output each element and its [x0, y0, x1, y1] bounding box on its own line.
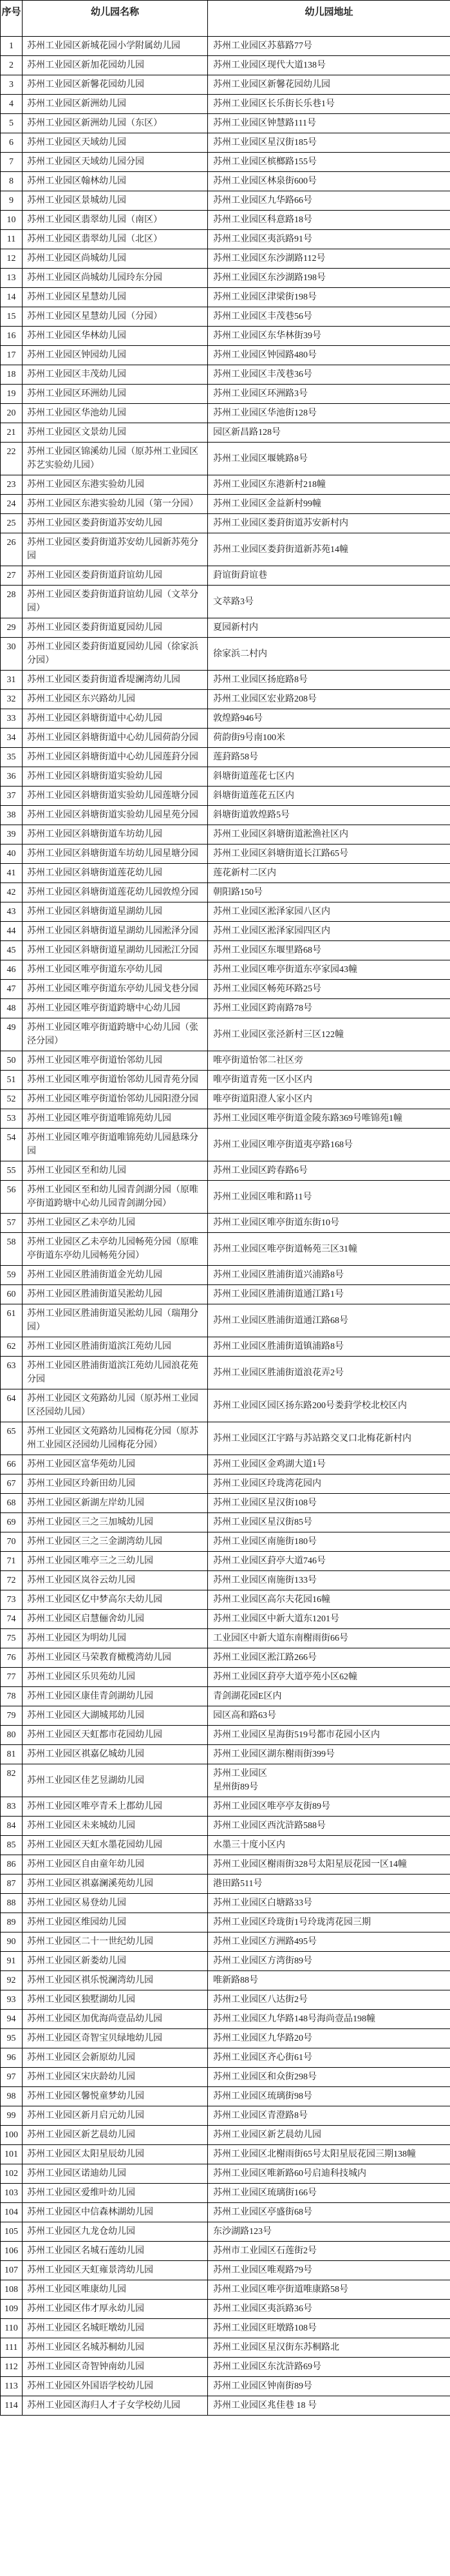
kindergarten-name-cell: 苏州工业园区外国语学校幼儿园 [23, 2377, 208, 2396]
kindergarten-address-cell: 苏州工业园区唯亭街道金陵东路369号唯锦苑1幢 [208, 1109, 450, 1129]
table-row: 28苏州工业园区娄葑街道葑谊幼儿园（文萃分园）文萃路3号 [1, 586, 450, 618]
row-number-cell: 20 [1, 404, 23, 423]
row-number-cell: 88 [1, 1894, 23, 1913]
table-row: 34苏州工业园区斜塘街道中心幼儿园荷韵分园荷韵街9号南100米 [1, 729, 450, 748]
table-row: 107苏州工业园区天虹雍景湾幼儿园苏州工业园区唯观路79号 [1, 2261, 450, 2280]
kindergarten-name-cell: 苏州工业园区景城幼儿园 [23, 191, 208, 211]
kindergarten-address-cell: 苏州工业园区畅苑环路25号 [208, 980, 450, 999]
row-number-cell: 34 [1, 729, 23, 748]
table-row: 5苏州工业园区新洲幼儿园（东区）苏州工业园区钟慧路111号 [1, 114, 450, 133]
table-row: 86苏州工业园区自由童年幼儿园苏州工业园区榭雨街328号太阳星辰花园一区14幢 [1, 1855, 450, 1875]
kindergarten-name-cell: 苏州工业园区东港实验幼儿园（第一分园） [23, 495, 208, 514]
kindergarten-address-cell: 港田路511号 [208, 1875, 450, 1894]
kindergarten-name-cell: 苏州工业园区唯亭街道东亭幼儿园戈巷分园 [23, 980, 208, 999]
kindergarten-name-cell: 苏州工业园区斜塘街道车坊幼儿园星塘分园 [23, 844, 208, 864]
row-number-cell: 66 [1, 1455, 23, 1474]
table-row: 52苏州工业园区唯亭街道怡邻幼儿园阳澄分园唯亭街道阳澄人家小区内 [1, 1090, 450, 1109]
kindergarten-name-cell: 苏州工业园区奇智宝贝绿地幼儿园 [23, 2029, 208, 2048]
table-row: 26苏州工业园区娄葑街道苏安幼儿园新苏苑分园苏州工业园区娄葑街道新苏苑14幢 [1, 533, 450, 566]
kindergarten-name-cell: 苏州工业园区新加花园幼儿园 [23, 56, 208, 75]
kindergarten-name-cell: 苏州工业园区尚城幼儿园 [23, 249, 208, 269]
row-number-cell: 68 [1, 1494, 23, 1513]
kindergarten-address-cell: 苏州工业园区金鸡湖大道1号 [208, 1455, 450, 1474]
table-row: 109苏州工业园区伟才厚永幼儿园苏州工业园区夷浜路36号 [1, 2300, 450, 2319]
row-number-cell: 100 [1, 2126, 23, 2145]
kindergarten-address-cell: 唯亭街道阳澄人家小区内 [208, 1090, 450, 1109]
row-number-cell: 65 [1, 1422, 23, 1455]
table-row: 88苏州工业园区易登幼儿园苏州工业园区白塘路33号 [1, 1894, 450, 1913]
row-number-cell: 89 [1, 1913, 23, 1932]
table-row: 8苏州工业园区翰林幼儿园苏州工业园区林泉街600号 [1, 172, 450, 191]
table-row: 93苏州工业园区独墅湖幼儿园苏州工业园区八达街2号 [1, 1990, 450, 2010]
kindergarten-name-cell: 苏州工业园区祺乐悦澜湾幼儿园 [23, 1971, 208, 1990]
table-row: 31苏州工业园区娄葑街道香堤澜湾幼儿园苏州工业园区扬庭路8号 [1, 671, 450, 690]
row-number-cell: 48 [1, 999, 23, 1018]
row-number-cell: 1 [1, 37, 23, 56]
kindergarten-name-cell: 苏州工业园区东兴路幼儿园 [23, 690, 208, 709]
kindergarten-address-cell: 苏州工业园区钟园路480号 [208, 346, 450, 365]
row-number-cell: 102 [1, 2164, 23, 2184]
kindergarten-address-cell: 苏州工业园区星汉街108号 [208, 1494, 450, 1513]
table-row: 32苏州工业园区东兴路幼儿园苏州工业园区宏业路208号 [1, 690, 450, 709]
table-row: 65苏州工业园区文苑路幼儿园梅花分园（原苏州工业园区泾园幼儿园梅花分园）苏州工业… [1, 1422, 450, 1455]
kindergarten-address-cell: 工业园区中新大道东南榭雨街66号 [208, 1629, 450, 1648]
kindergarten-address-cell: 苏州工业园区八达街2号 [208, 1990, 450, 2010]
table-row: 42苏州工业园区斜塘街道莲花幼儿园敦煌分园朝阳路150号 [1, 883, 450, 902]
table-row: 21苏州工业园区文景幼儿园园区新昌路128号 [1, 423, 450, 443]
row-number-cell: 47 [1, 980, 23, 999]
kindergarten-address-cell: 苏州工业园区宏业路208号 [208, 690, 450, 709]
table-header-row: 序号 幼儿园名称 幼儿园地址 [1, 1, 450, 37]
table-row: 60苏州工业园区胜浦街道吴淞幼儿园苏州工业园区胜浦街道通江路1号 [1, 1285, 450, 1304]
table-row: 80苏州工业园区天虹都市花园幼儿园苏州工业园区星海街519号都市花园小区内 [1, 1726, 450, 1745]
kindergarten-name-cell: 苏州工业园区环洲幼儿园 [23, 385, 208, 404]
kindergarten-name-cell: 苏州工业园区尚城幼儿园玲东分园 [23, 269, 208, 288]
row-number-cell: 81 [1, 1745, 23, 1764]
table-row: 106苏州工业园区名城石莲幼儿园苏州市工业园区石莲街2号 [1, 2242, 450, 2261]
row-number-cell: 9 [1, 191, 23, 211]
kindergarten-name-cell: 苏州工业园区三之三金湖湾幼儿园 [23, 1532, 208, 1552]
kindergarten-name-cell: 苏州工业园区玲新田幼儿园 [23, 1474, 208, 1494]
table-row: 105苏州工业园区九龙仓幼儿园东沙湖路123号 [1, 2222, 450, 2242]
kindergarten-address-cell: 苏州工业园区玲珑湾花园内 [208, 1474, 450, 1494]
kindergarten-name-cell: 苏州工业园区娄葑街道苏安幼儿园新苏苑分园 [23, 533, 208, 566]
row-number-cell: 16 [1, 327, 23, 346]
kindergarten-address-cell: 唯亭街道怡邻二社区旁 [208, 1051, 450, 1071]
table-row: 89苏州工业园区维园幼儿园苏州工业园区玲珑街1号玲珑湾花园三期 [1, 1913, 450, 1932]
table-row: 58苏州工业园区乙未亭幼儿园畅苑分园（原唯亭街道东亭幼儿园畅苑分园）苏州工业园区… [1, 1233, 450, 1266]
kindergarten-address-cell: 苏州工业园区唯亭亭友街89号 [208, 1797, 450, 1817]
table-row: 12苏州工业园区尚城幼儿园苏州工业园区东沙湖路112号 [1, 249, 450, 269]
kindergarten-name-cell: 苏州工业园区斜塘街道实验幼儿园莲塘分园 [23, 787, 208, 806]
table-row: 92苏州工业园区祺乐悦澜湾幼儿园唯新路88号 [1, 1971, 450, 1990]
table-row: 81苏州工业园区祺嘉亿城幼儿园苏州工业园区湖东榭雨街399号 [1, 1745, 450, 1764]
table-row: 38苏州工业园区斜塘街道实验幼儿园星苑分园斜塘街道敦煌路5号 [1, 806, 450, 825]
kindergarten-address-cell: 徐家浜二村内 [208, 638, 450, 671]
row-number-cell: 95 [1, 2029, 23, 2048]
kindergarten-name-cell: 苏州工业园区华林幼儿园 [23, 327, 208, 346]
table-row: 36苏州工业园区斜塘街道实验幼儿园斜塘街道莲花七区内 [1, 767, 450, 787]
kindergarten-address-cell: 苏州工业园区高尔夫花园16幢 [208, 1590, 450, 1610]
row-number-cell: 59 [1, 1266, 23, 1285]
row-number-cell: 39 [1, 825, 23, 844]
kindergarten-address-cell: 苏州工业园区科意路18号 [208, 211, 450, 230]
kindergarten-address-cell: 苏州工业园区扬庭路8号 [208, 671, 450, 690]
kindergarten-address-cell: 苏州工业园区唯亭街道夷亭路168号 [208, 1129, 450, 1161]
row-number-cell: 97 [1, 2068, 23, 2087]
kindergarten-address-cell: 莲葑路58号 [208, 748, 450, 767]
header-kindergarten-address: 幼儿园地址 [208, 1, 450, 37]
kindergarten-name-cell: 苏州工业园区斜塘街道中心幼儿园 [23, 709, 208, 729]
table-row: 39苏州工业园区斜塘街道车坊幼儿园苏州工业园区斜塘街道淞渔社区内 [1, 825, 450, 844]
kindergarten-name-cell: 苏州工业园区自由童年幼儿园 [23, 1855, 208, 1875]
kindergarten-name-cell: 苏州工业园区天域幼儿园分园 [23, 153, 208, 172]
kindergarten-name-cell: 苏州工业园区唯亭街道跨塘中心幼儿园（张泾分园） [23, 1018, 208, 1051]
kindergarten-name-cell: 苏州工业园区新娄幼儿园 [23, 1952, 208, 1971]
kindergarten-name-cell: 苏州工业园区华池幼儿园 [23, 404, 208, 423]
row-number-cell: 11 [1, 230, 23, 249]
table-row: 35苏州工业园区斜塘街道中心幼儿园莲葑分园莲葑路58号 [1, 748, 450, 767]
kindergarten-name-cell: 苏州工业园区维园幼儿园 [23, 1913, 208, 1932]
kindergarten-address-cell: 苏州工业园区现代大道138号 [208, 56, 450, 75]
table-row: 75苏州工业园区为明幼儿园工业园区中新大道东南榭雨街66号 [1, 1629, 450, 1648]
kindergarten-name-cell: 苏州工业园区斜塘街道星湖幼儿园 [23, 902, 208, 922]
kindergarten-name-cell: 苏州工业园区名城石莲幼儿园 [23, 2242, 208, 2261]
row-number-cell: 52 [1, 1090, 23, 1109]
kindergarten-name-cell: 苏州工业园区文苑路幼儿园梅花分园（原苏州工业园区泾园幼儿园梅花分园） [23, 1422, 208, 1455]
row-number-cell: 50 [1, 1051, 23, 1071]
kindergarten-address-cell: 苏州工业园区丰茂巷36号 [208, 365, 450, 385]
table-row: 17苏州工业园区钟园幼儿园苏州工业园区钟园路480号 [1, 346, 450, 365]
table-row: 24苏州工业园区东港实验幼儿园（第一分园）苏州工业园区金益新村99幢 [1, 495, 450, 514]
table-row: 90苏州工业园区二十一世纪幼儿园苏州工业园区方洲路495号 [1, 1932, 450, 1952]
kindergarten-address-cell: 斜塘街道莲花五区内 [208, 787, 450, 806]
table-row: 47苏州工业园区唯亭街道东亭幼儿园戈巷分园苏州工业园区畅苑环路25号 [1, 980, 450, 999]
kindergarten-address-cell: 苏州工业园区 星州街89号 [208, 1764, 450, 1797]
kindergarten-address-cell: 苏州工业园区丰茂巷56号 [208, 307, 450, 327]
row-number-cell: 96 [1, 2048, 23, 2068]
kindergarten-name-cell: 苏州工业园区胜浦街道吴淞幼儿园（瑞翔分园） [23, 1304, 208, 1337]
kindergarten-address-cell: 苏州工业园区新馨花园幼儿园 [208, 75, 450, 95]
kindergarten-address-cell: 苏州工业园区九华路148号海尚壹品198幢 [208, 2010, 450, 2029]
kindergarten-address-cell: 园区高和路63号 [208, 1706, 450, 1726]
kindergarten-name-cell: 苏州工业园区文景幼儿园 [23, 423, 208, 443]
kindergarten-address-cell: 苏州工业园区琉璃街98号 [208, 2087, 450, 2106]
kindergarten-address-cell: 园区新昌路128号 [208, 423, 450, 443]
kindergarten-address-cell: 苏州工业园区胜浦街道浪花弄2号 [208, 1357, 450, 1389]
kindergarten-name-cell: 苏州工业园区唯亭三之三幼儿园 [23, 1552, 208, 1571]
table-row: 108苏州工业园区唯康幼儿园苏州工业园区唯亭街道唯康路58号 [1, 2280, 450, 2300]
row-number-cell: 32 [1, 690, 23, 709]
table-row: 30苏州工业园区娄葑街道夏园幼儿园（徐家浜分园）徐家浜二村内 [1, 638, 450, 671]
kindergarten-name-cell: 苏州工业园区翰林幼儿园 [23, 172, 208, 191]
table-row: 37苏州工业园区斜塘街道实验幼儿园莲塘分园斜塘街道莲花五区内 [1, 787, 450, 806]
kindergarten-address-cell: 苏州工业园区胜浦街道镇浦路8号 [208, 1337, 450, 1357]
kindergarten-address-cell: 苏州工业园区堰姚路8号 [208, 443, 450, 475]
kindergarten-name-cell: 苏州工业园区斜塘街道车坊幼儿园 [23, 825, 208, 844]
kindergarten-name-cell: 苏州工业园区天虹雍景湾幼儿园 [23, 2261, 208, 2280]
kindergarten-address-cell: 苏州工业园区星汉街185号 [208, 133, 450, 153]
table-row: 112苏州工业园区奇智钟南幼儿园苏州工业园区东沈浒路69号 [1, 2358, 450, 2377]
kindergarten-name-cell: 苏州工业园区唯亭青禾上郡幼儿园 [23, 1797, 208, 1817]
row-number-cell: 8 [1, 172, 23, 191]
table-row: 98苏州工业园区馨悦童梦幼儿园苏州工业园区琉璃街98号 [1, 2087, 450, 2106]
table-row: 56苏州工业园区至和幼儿园青剑湖分园（原唯亭街道跨塘中心幼儿园青剑湖分园）苏州工… [1, 1181, 450, 1214]
kindergarten-address-cell: 苏州工业园区唯亭街道东亭家园43幢 [208, 960, 450, 980]
row-number-cell: 18 [1, 365, 23, 385]
row-number-cell: 55 [1, 1161, 23, 1181]
row-number-cell: 85 [1, 1836, 23, 1855]
row-number-cell: 93 [1, 1990, 23, 2010]
kindergarten-name-cell: 苏州工业园区唯亭街道怡邻幼儿园青苑分园 [23, 1071, 208, 1090]
row-number-cell: 80 [1, 1726, 23, 1745]
kindergarten-name-cell: 苏州工业园区斜塘街道莲花幼儿园敦煌分园 [23, 883, 208, 902]
kindergarten-address-cell: 苏州工业园区跨南路78号 [208, 999, 450, 1018]
row-number-cell: 25 [1, 514, 23, 533]
kindergarten-name-cell: 苏州工业园区唯亭街道怡邻幼儿园 [23, 1051, 208, 1071]
table-row: 45苏州工业园区斜塘街道星湖幼儿园淞江分园苏州工业园区东堰里路68号 [1, 941, 450, 960]
kindergarten-name-cell: 苏州工业园区斜塘街道星湖幼儿园淞泽分园 [23, 922, 208, 941]
table-row: 1苏州工业园区新城花园小学附属幼儿园苏州工业园区苏慕路77号 [1, 37, 450, 56]
row-number-cell: 74 [1, 1610, 23, 1629]
row-number-cell: 60 [1, 1285, 23, 1304]
kindergarten-name-cell: 苏州工业园区斜塘街道莲花幼儿园 [23, 864, 208, 883]
row-number-cell: 26 [1, 533, 23, 566]
table-row: 71苏州工业园区唯亭三之三幼儿园苏州工业园区葑亭大道746号 [1, 1552, 450, 1571]
kindergarten-address-cell: 苏州工业园区江宇路与苏站路交叉口北梅花新村内 [208, 1422, 450, 1455]
kindergarten-address-cell: 苏州工业园区唯亭街道唯康路58号 [208, 2280, 450, 2300]
kindergarten-name-cell: 苏州工业园区太阳星辰幼儿园 [23, 2145, 208, 2164]
kindergarten-address-cell: 苏州工业园区玲珑街1号玲珑湾花园三期 [208, 1913, 450, 1932]
table-row: 97苏州工业园区宋庆龄幼儿园苏州工业园区和众街298号 [1, 2068, 450, 2087]
kindergarten-name-cell: 苏州工业园区胜浦街道滨江苑幼儿园 [23, 1337, 208, 1357]
kindergarten-address-cell: 苏州工业园区南施街133号 [208, 1571, 450, 1590]
row-number-cell: 38 [1, 806, 23, 825]
kindergarten-address-cell: 苏州工业园区钟南街89号 [208, 2377, 450, 2396]
table-row: 62苏州工业园区胜浦街道滨江苑幼儿园苏州工业园区胜浦街道镇浦路8号 [1, 1337, 450, 1357]
kindergarten-name-cell: 苏州工业园区岚谷云幼儿园 [23, 1571, 208, 1590]
table-row: 101苏州工业园区太阳星辰幼儿园苏州工业园区北榭雨街65号太阳星辰花园三期138… [1, 2145, 450, 2164]
kindergarten-name-cell: 苏州工业园区祺嘉澜溪苑幼儿园 [23, 1875, 208, 1894]
table-row: 96苏州工业园区会新原幼儿园苏州工业园区齐心街61号 [1, 2048, 450, 2068]
kindergarten-name-cell: 苏州工业园区新馨花园幼儿园 [23, 75, 208, 95]
row-number-cell: 108 [1, 2280, 23, 2300]
kindergarten-address-cell: 苏州工业园区唯亭街道东街10号 [208, 1214, 450, 1233]
kindergarten-name-cell: 苏州工业园区娄葑街道夏园幼儿园 [23, 618, 208, 638]
table-row: 4苏州工业园区新洲幼儿园苏州工业园区长乐街长乐巷1号 [1, 95, 450, 114]
table-row: 69苏州工业园区三之三加城幼儿园苏州工业园区星汉街85号 [1, 1513, 450, 1532]
table-row: 48苏州工业园区唯亭街道跨塘中心幼儿园苏州工业园区跨南路78号 [1, 999, 450, 1018]
kindergarten-address-cell: 苏州工业园区钟慧路111号 [208, 114, 450, 133]
kindergarten-address-cell: 文萃路3号 [208, 586, 450, 618]
kindergarten-name-cell: 苏州工业园区富华苑幼儿园 [23, 1455, 208, 1474]
row-number-cell: 42 [1, 883, 23, 902]
kindergarten-address-cell: 苏州工业园区琉璃街166号 [208, 2184, 450, 2203]
row-number-cell: 15 [1, 307, 23, 327]
kindergarten-name-cell: 苏州工业园区胜浦街道吴淞幼儿园 [23, 1285, 208, 1304]
kindergarten-name-cell: 苏州工业园区乙未亭幼儿园畅苑分园（原唯亭街道东亭幼儿园畅苑分园） [23, 1233, 208, 1266]
kindergarten-name-cell: 苏州工业园区二十一世纪幼儿园 [23, 1932, 208, 1952]
row-number-cell: 109 [1, 2300, 23, 2319]
table-row: 67苏州工业园区玲新田幼儿园苏州工业园区玲珑湾花园内 [1, 1474, 450, 1494]
kindergarten-name-cell: 苏州工业园区唯康幼儿园 [23, 2280, 208, 2300]
row-number-cell: 13 [1, 269, 23, 288]
kindergarten-name-cell: 苏州工业园区为明幼儿园 [23, 1629, 208, 1648]
table-row: 99苏州工业园区新月启元幼儿园苏州工业园区青澄路8号 [1, 2106, 450, 2126]
row-number-cell: 75 [1, 1629, 23, 1648]
kindergarten-address-cell: 苏州工业园区金益新村99幢 [208, 495, 450, 514]
table-row: 9苏州工业园区景城幼儿园苏州工业园区九华路66号 [1, 191, 450, 211]
table-row: 55苏州工业园区至和幼儿园苏州工业园区跨春路6号 [1, 1161, 450, 1181]
kindergarten-address-cell: 斜塘街道莲花七区内 [208, 767, 450, 787]
kindergarten-name-cell: 苏州工业园区斜塘街道星湖幼儿园淞江分园 [23, 941, 208, 960]
table-row: 40苏州工业园区斜塘街道车坊幼儿园星塘分园苏州工业园区斜塘街道长江路65号 [1, 844, 450, 864]
table-row: 41苏州工业园区斜塘街道莲花幼儿园莲花新村二区内 [1, 864, 450, 883]
table-row: 72苏州工业园区岚谷云幼儿园苏州工业园区南施街133号 [1, 1571, 450, 1590]
row-number-cell: 76 [1, 1648, 23, 1668]
kindergarten-name-cell: 苏州工业园区娄葑街道夏园幼儿园（徐家浜分园） [23, 638, 208, 671]
table-row: 53苏州工业园区唯亭街道唯锦苑幼儿园苏州工业园区唯亭街道金陵东路369号唯锦苑1… [1, 1109, 450, 1129]
table-row: 43苏州工业园区斜塘街道星湖幼儿园苏州工业园区淞泽家园八区内 [1, 902, 450, 922]
kindergarten-name-cell: 苏州工业园区新艺晨幼儿园 [23, 2126, 208, 2145]
table-row: 84苏州工业园区未来城幼儿园苏州工业园区西沈浒路588号 [1, 1817, 450, 1836]
row-number-cell: 24 [1, 495, 23, 514]
row-number-cell: 45 [1, 941, 23, 960]
table-row: 20苏州工业园区华池幼儿园苏州工业园区华池街128号 [1, 404, 450, 423]
row-number-cell: 113 [1, 2377, 23, 2396]
table-row: 73苏州工业园区亿中梦高尔夫幼儿园苏州工业园区高尔夫花园16幢 [1, 1590, 450, 1610]
kindergarten-name-cell: 苏州工业园区海归人才子女学校幼儿园 [23, 2396, 208, 2416]
row-number-cell: 2 [1, 56, 23, 75]
kindergarten-address-cell: 苏州工业园区齐心街61号 [208, 2048, 450, 2068]
table-row: 63苏州工业园区胜浦街道滨江苑幼儿园浪花苑分园苏州工业园区胜浦街道浪花弄2号 [1, 1357, 450, 1389]
table-row: 46苏州工业园区唯亭街道东亭幼儿园苏州工业园区唯亭街道东亭家园43幢 [1, 960, 450, 980]
row-number-cell: 14 [1, 288, 23, 307]
kindergarten-name-cell: 苏州工业园区东港实验幼儿园 [23, 475, 208, 495]
kindergarten-name-cell: 苏州工业园区娄葑街道葑谊幼儿园 [23, 566, 208, 586]
row-number-cell: 70 [1, 1532, 23, 1552]
table-row: 51苏州工业园区唯亭街道怡邻幼儿园青苑分园唯亭街道青苑一区小区内 [1, 1071, 450, 1090]
row-number-cell: 112 [1, 2358, 23, 2377]
row-number-cell: 56 [1, 1181, 23, 1214]
kindergarten-name-cell: 苏州工业园区马荣教育橄榄湾幼儿园 [23, 1648, 208, 1668]
row-number-cell: 90 [1, 1932, 23, 1952]
table-row: 66苏州工业园区富华苑幼儿园苏州工业园区金鸡湖大道1号 [1, 1455, 450, 1474]
kindergarten-address-cell: 苏州工业园区兆佳巷 18 号 [208, 2396, 450, 2416]
kindergarten-name-cell: 苏州工业园区唯亭街道东亭幼儿园 [23, 960, 208, 980]
kindergarten-address-cell: 苏州工业园区葑亭大道亭苑小区62幢 [208, 1668, 450, 1687]
table-row: 68苏州工业园区新湖左岸幼儿园苏州工业园区星汉街108号 [1, 1494, 450, 1513]
row-number-cell: 27 [1, 566, 23, 586]
row-number-cell: 91 [1, 1952, 23, 1971]
table-row: 57苏州工业园区乙未亭幼儿园苏州工业园区唯亭街道东街10号 [1, 1214, 450, 1233]
row-number-cell: 87 [1, 1875, 23, 1894]
row-number-cell: 30 [1, 638, 23, 671]
row-number-cell: 71 [1, 1552, 23, 1571]
kindergarten-address-cell: 苏州工业园区葑亭大道746号 [208, 1552, 450, 1571]
kindergarten-name-cell: 苏州工业园区乙未亭幼儿园 [23, 1214, 208, 1233]
kindergarten-name-cell: 苏州工业园区星慧幼儿园（分园） [23, 307, 208, 327]
row-number-cell: 69 [1, 1513, 23, 1532]
kindergarten-address-cell: 苏州工业园区亭盛街68号 [208, 2203, 450, 2222]
kindergarten-name-cell: 苏州工业园区宋庆龄幼儿园 [23, 2068, 208, 2087]
table-row: 85苏州工业园区天虹水墨花园幼儿园水墨三十度小区内 [1, 1836, 450, 1855]
row-number-cell: 92 [1, 1971, 23, 1990]
kindergarten-address-cell: 苏州工业园区环洲路3号 [208, 385, 450, 404]
table-row: 25苏州工业园区娄葑街道苏安幼儿园苏州工业园区娄葑街道苏安新村内 [1, 514, 450, 533]
kindergarten-name-cell: 苏州工业园区斜塘街道中心幼儿园荷韵分园 [23, 729, 208, 748]
kindergarten-address-cell: 朝阳路150号 [208, 883, 450, 902]
table-row: 95苏州工业园区奇智宝贝绿地幼儿园苏州工业园区九华路20号 [1, 2029, 450, 2048]
row-number-cell: 82 [1, 1764, 23, 1797]
header-serial-number: 序号 [1, 1, 23, 37]
table-row: 111苏州工业园区名城苏桐幼儿园苏州工业园区星汉街东苏桐路北 [1, 2338, 450, 2358]
row-number-cell: 67 [1, 1474, 23, 1494]
kindergarten-address-cell: 苏州工业园区东港新村218幢 [208, 475, 450, 495]
table-row: 83苏州工业园区唯亭青禾上郡幼儿园苏州工业园区唯亭亭友街89号 [1, 1797, 450, 1817]
kindergarten-name-cell: 苏州工业园区祺嘉亿城幼儿园 [23, 1745, 208, 1764]
kindergarten-name-cell: 苏州工业园区新洲幼儿园（东区） [23, 114, 208, 133]
table-row: 22苏州工业园区锦溪幼儿园（原苏州工业园区苏艺实验幼儿园）苏州工业园区堰姚路8号 [1, 443, 450, 475]
row-number-cell: 78 [1, 1687, 23, 1706]
table-row: 27苏州工业园区娄葑街道葑谊幼儿园葑谊街葑谊巷 [1, 566, 450, 586]
row-number-cell: 84 [1, 1817, 23, 1836]
kindergarten-name-cell: 苏州工业园区至和幼儿园 [23, 1161, 208, 1181]
kindergarten-name-cell: 苏州工业园区至和幼儿园青剑湖分园（原唯亭街道跨塘中心幼儿园青剑湖分园） [23, 1181, 208, 1214]
kindergarten-name-cell: 苏州工业园区天虹水墨花园幼儿园 [23, 1836, 208, 1855]
kindergarten-address-cell: 苏州工业园区方洲路495号 [208, 1932, 450, 1952]
kindergarten-name-cell: 苏州工业园区馨悦童梦幼儿园 [23, 2087, 208, 2106]
kindergarten-address-cell: 苏州工业园区东沙湖路198号 [208, 269, 450, 288]
row-number-cell: 22 [1, 443, 23, 475]
kindergarten-address-cell: 苏州工业园区星汉街东苏桐路北 [208, 2338, 450, 2358]
row-number-cell: 51 [1, 1071, 23, 1090]
kindergarten-address-cell: 苏州工业园区胜浦街道通江路68号 [208, 1304, 450, 1337]
kindergarten-name-cell: 苏州工业园区天域幼儿园 [23, 133, 208, 153]
table-row: 76苏州工业园区马荣教育橄榄湾幼儿园苏州工业园区淞江路266号 [1, 1648, 450, 1668]
row-number-cell: 104 [1, 2203, 23, 2222]
kindergarten-address-cell: 苏州工业园区东堰里路68号 [208, 941, 450, 960]
table-row: 54苏州工业园区唯亭街道唯锦苑幼儿园悬珠分园苏州工业园区唯亭街道夷亭路168号 [1, 1129, 450, 1161]
kindergarten-address-cell: 苏州工业园区园区扬东路200号娄葑学校北校区内 [208, 1389, 450, 1422]
table-row: 49苏州工业园区唯亭街道跨塘中心幼儿园（张泾分园）苏州工业园区张泾新村三区122… [1, 1018, 450, 1051]
table-row: 110苏州工业园区名城旺墩幼儿园苏州工业园区旺墩路108号 [1, 2319, 450, 2338]
row-number-cell: 98 [1, 2087, 23, 2106]
kindergarten-address-cell: 苏州工业园区九华路20号 [208, 2029, 450, 2048]
table-row: 59苏州工业园区胜浦街道金光幼儿园苏州工业园区胜浦街道兴浦路8号 [1, 1266, 450, 1285]
table-row: 79苏州工业园区大湖城邦幼儿园园区高和路63号 [1, 1706, 450, 1726]
row-number-cell: 77 [1, 1668, 23, 1687]
kindergarten-name-cell: 苏州工业园区奇智钟南幼儿园 [23, 2358, 208, 2377]
kindergarten-address-cell: 苏州工业园区斜塘街道长江路65号 [208, 844, 450, 864]
table-row: 13苏州工业园区尚城幼儿园玲东分园苏州工业园区东沙湖路198号 [1, 269, 450, 288]
kindergarten-name-cell: 苏州工业园区独墅湖幼儿园 [23, 1990, 208, 2010]
row-number-cell: 37 [1, 787, 23, 806]
kindergarten-name-cell: 苏州工业园区娄葑街道香堤澜湾幼儿园 [23, 671, 208, 690]
table-row: 102苏州工业园区诺迪幼儿园苏州工业园区唯新路60号启迪科技城内 [1, 2164, 450, 2184]
kindergarten-name-cell: 苏州工业园区三之三加城幼儿园 [23, 1513, 208, 1532]
table-row: 82苏州工业园区佳艺昱湖幼儿园苏州工业园区 星州街89号 [1, 1764, 450, 1797]
kindergarten-name-cell: 苏州工业园区加优海尚壹品幼儿园 [23, 2010, 208, 2029]
kindergarten-address-cell: 苏州工业园区华池街128号 [208, 404, 450, 423]
row-number-cell: 73 [1, 1590, 23, 1610]
kindergarten-name-cell: 苏州工业园区唯亭街道唯锦苑幼儿园悬珠分园 [23, 1129, 208, 1161]
kindergarten-address-cell: 苏州工业园区夷浜路36号 [208, 2300, 450, 2319]
table-row: 74苏州工业园区启慧俪舍幼儿园苏州工业园区中新大道东1201号 [1, 1610, 450, 1629]
row-number-cell: 101 [1, 2145, 23, 2164]
kindergarten-address-cell: 斜塘街道敦煌路5号 [208, 806, 450, 825]
row-number-cell: 10 [1, 211, 23, 230]
